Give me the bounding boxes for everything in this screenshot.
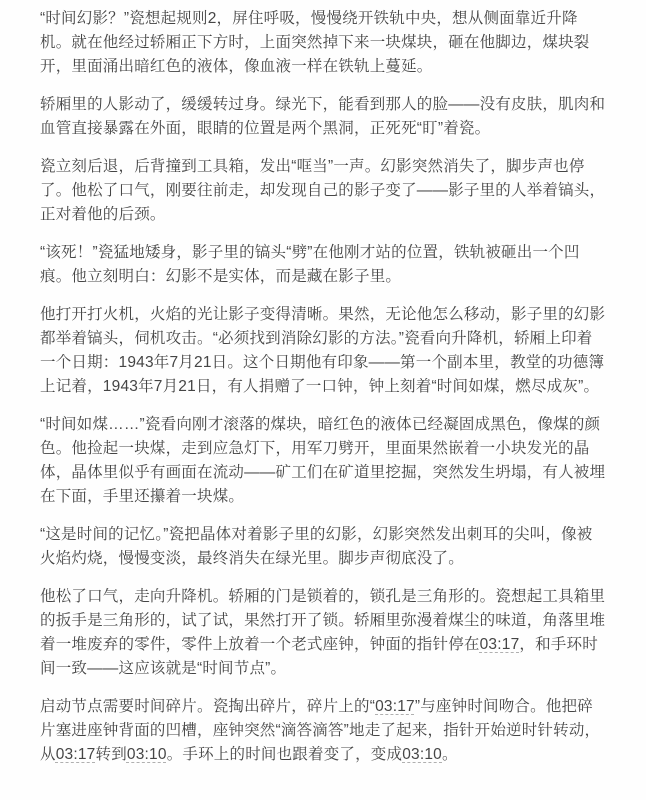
time-token[interactable]: 03:17 <box>480 636 520 653</box>
time-token[interactable]: 03:17 <box>56 746 96 763</box>
paragraph: “这是时间的记忆。”瓷把晶体对着影子里的幻影，幻影突然发出刺耳的尖叫，像被火焰灼… <box>40 523 607 571</box>
text-run: 他打开打火机，火焰的光让影子变得清晰。果然，无论他怎么移动，影子里的幻影都举着镐… <box>40 306 605 395</box>
text-run: “该死！”瓷猛地矮身，影子里的镐头“劈”在他刚才站的位置，铁轨被砸出一个凹痕。他… <box>40 244 580 285</box>
text-run: “时间如煤……”瓷看向刚才滚落的煤块，暗红色的液体已经凝固成黑色，像煤的颜色。他… <box>40 416 605 505</box>
time-token[interactable]: 03:10 <box>402 746 442 763</box>
page: { "document": { "language": "zh-CN", "co… <box>0 0 646 800</box>
paragraph: 他打开打火机，火焰的光让影子变得清晰。果然，无论他怎么移动，影子里的幻影都举着镐… <box>40 303 607 399</box>
paragraph: 轿厢里的人影动了，缓缓转过身。绿光下，能看到那人的脸——没有皮肤，肌肉和血管直接… <box>40 93 607 141</box>
text-run: 。 <box>442 746 458 763</box>
paragraph: “时间如煤……”瓷看向刚才滚落的煤块，暗红色的液体已经凝固成黑色，像煤的颜色。他… <box>40 413 607 509</box>
text-run: 轿厢里的人影动了，缓缓转过身。绿光下，能看到那人的脸——没有皮肤，肌肉和血管直接… <box>40 96 605 137</box>
story-text: “时间幻影？”瓷想起规则2，屏住呼吸，慢慢绕开铁轨中央，想从侧面靠近升降机。就在… <box>40 7 607 767</box>
story-document: “时间幻影？”瓷想起规则2，屏住呼吸，慢慢绕开铁轨中央，想从侧面靠近升降机。就在… <box>0 0 646 767</box>
text-run: “时间幻影？”瓷想起规则2，屏住呼吸，慢慢绕开铁轨中央，想从侧面靠近升降机。就在… <box>40 10 590 75</box>
text-run: 启动节点需要时间碎片。瓷掏出碎片，碎片上的“ <box>40 698 375 715</box>
time-token[interactable]: 03:17 <box>375 698 415 715</box>
paragraph: 他松了口气，走向升降机。轿厢的门是锁着的，锁孔是三角形的。瓷想起工具箱里的扳手是… <box>40 585 607 681</box>
time-token[interactable]: 03:10 <box>127 746 167 763</box>
paragraph: “该死！”瓷猛地矮身，影子里的镐头“劈”在他刚才站的位置，铁轨被砸出一个凹痕。他… <box>40 241 607 289</box>
text-run: 瓷立刻后退，后背撞到工具箱，发出“哐当”一声。幻影突然消失了，脚步声也停了。他松… <box>40 158 605 223</box>
paragraph: “时间幻影？”瓷想起规则2，屏住呼吸，慢慢绕开铁轨中央，想从侧面靠近升降机。就在… <box>40 7 607 79</box>
text-run: “这是时间的记忆。”瓷把晶体对着影子里的幻影，幻影突然发出刺耳的尖叫，像被火焰灼… <box>40 526 592 567</box>
text-run: 转到 <box>96 746 127 763</box>
paragraph: 启动节点需要时间碎片。瓷掏出碎片，碎片上的“03:17”与座钟时间吻合。他把碎片… <box>40 695 607 767</box>
text-run: 。手环上的时间也跟着变了，变成 <box>167 746 403 763</box>
paragraph: 瓷立刻后退，后背撞到工具箱，发出“哐当”一声。幻影突然消失了，脚步声也停了。他松… <box>40 155 607 227</box>
